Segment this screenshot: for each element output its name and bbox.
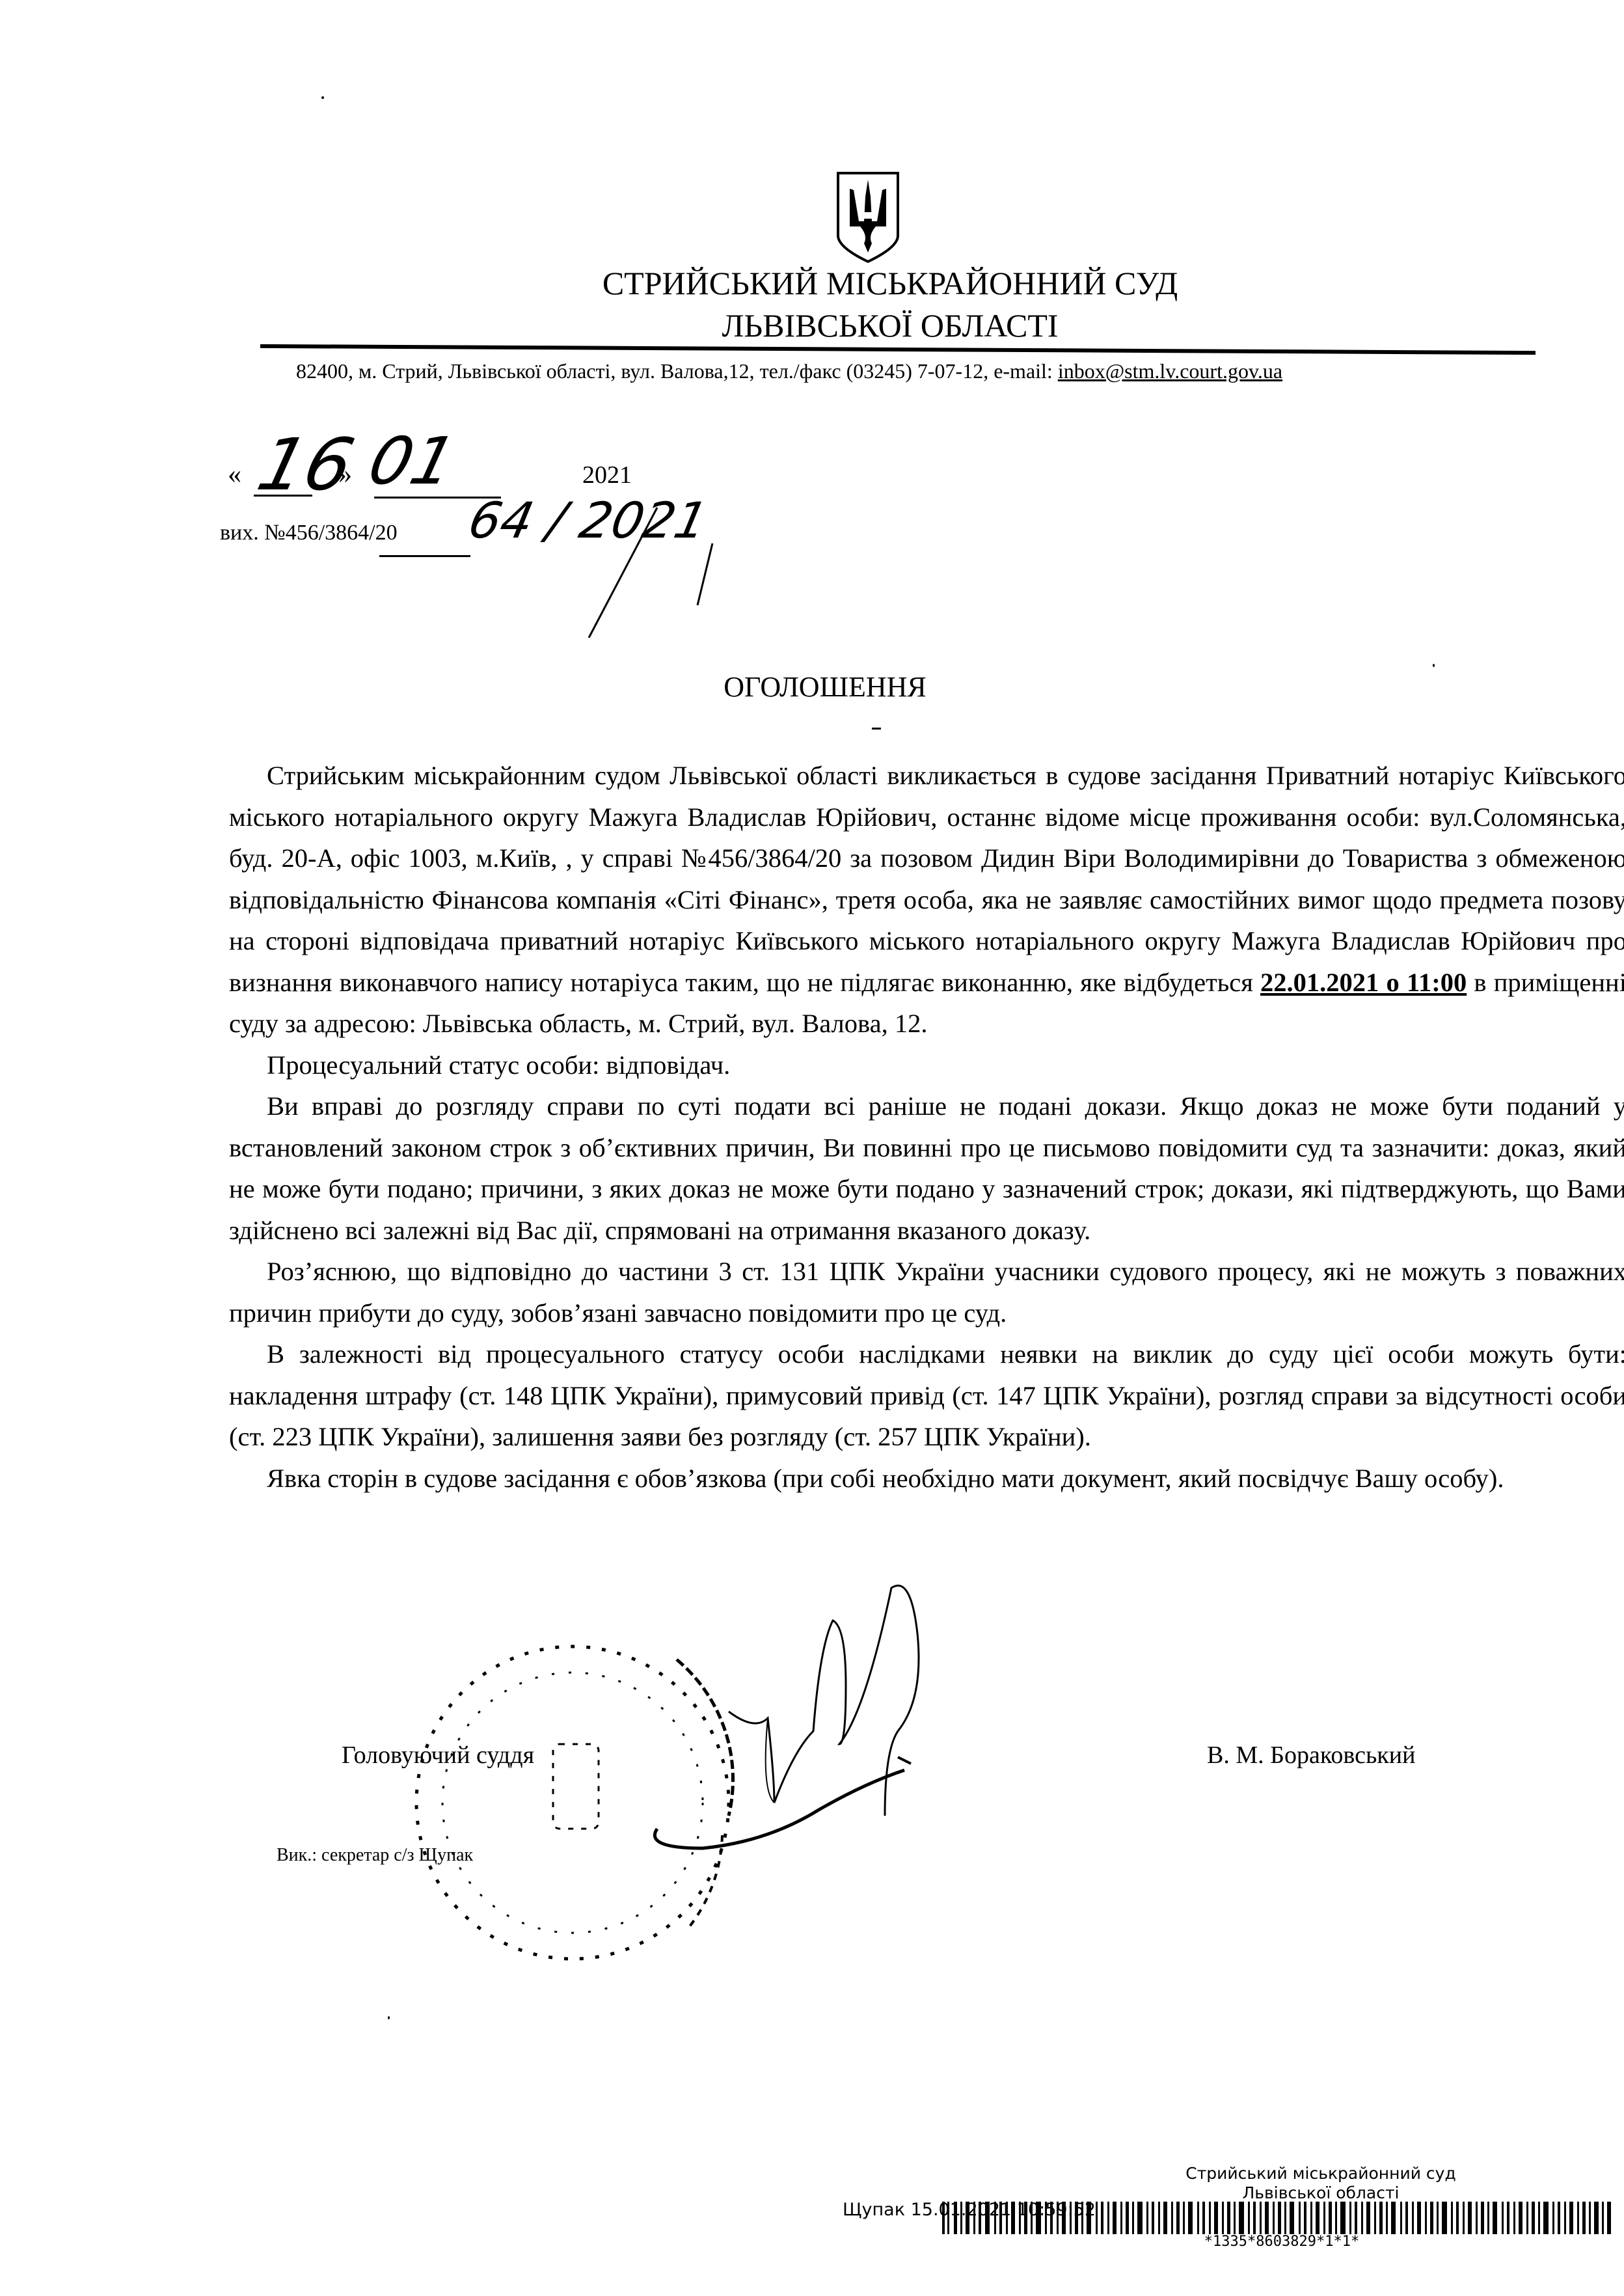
paragraph-summons: Стрийським міськрайонним судом Львівсько… (229, 755, 1624, 1045)
date-close-quote: » (338, 459, 352, 490)
handwritten-strokes-icon (436, 456, 722, 638)
judge-name: В. М. Бораковський (1207, 1741, 1415, 1770)
header-divider (260, 344, 1536, 355)
document-body: Стрийським міськрайонним судом Львівсько… (229, 755, 1624, 1499)
barcode-number: *1335*8603829*1*1* (1002, 2234, 1562, 2247)
paragraph-attendance: Явка сторін в судове засідання є обов’яз… (229, 1458, 1624, 1499)
scan-speck (1433, 664, 1435, 667)
scan-speck (321, 96, 324, 99)
paragraph-evidence: Ви вправі до розгляду справи по суті под… (229, 1086, 1624, 1251)
court-name-line2: ЛЬВІВСЬКОЇ ОБЛАСТІ (78, 309, 1624, 342)
scan-speck (872, 728, 881, 730)
paragraph-consequences: В залежності від процесуального статусу … (229, 1333, 1624, 1458)
scan-speck (388, 2016, 390, 2019)
address-text: 82400, м. Стрий, Львівської області, вул… (296, 359, 1058, 383)
paragraph-clarification: Роз’яснюю, що відповідно до частини 3 ст… (229, 1251, 1624, 1333)
document-title: ОГОЛОШЕННЯ (0, 670, 1624, 704)
date-open-quote: « (228, 459, 241, 490)
paragraph-procedural-status: Процесуальний статус особи: відповідач. (229, 1045, 1624, 1086)
day-underline (254, 495, 312, 497)
presiding-judge-label: Головуючий суддя (342, 1741, 534, 1770)
court-name-line1: СТРИЙСЬКИЙ МІСЬКРАЙОННИЙ СУД (78, 267, 1624, 299)
hearing-datetime: 22.01.2021 о 11:00 (1260, 968, 1467, 997)
outgoing-number-label: вих. №456/3864/20 (220, 521, 398, 545)
outgoing-number: вих. №456/3864/20 (220, 521, 398, 545)
email-link[interactable]: inbox@stm.lv.court.gov.ua (1058, 359, 1282, 383)
court-address: 82400, м. Стрий, Львівської області, вул… (296, 359, 1282, 383)
footer-court-name: Стрийський міськрайонний суд Львівської … (1178, 2164, 1464, 2203)
coat-of-arms-icon (835, 171, 900, 263)
barcode-icon (942, 2202, 1614, 2234)
executor-note: Вик.: секретар с/з Щупак (277, 1845, 473, 1866)
judge-signature-icon (651, 1581, 1106, 1855)
